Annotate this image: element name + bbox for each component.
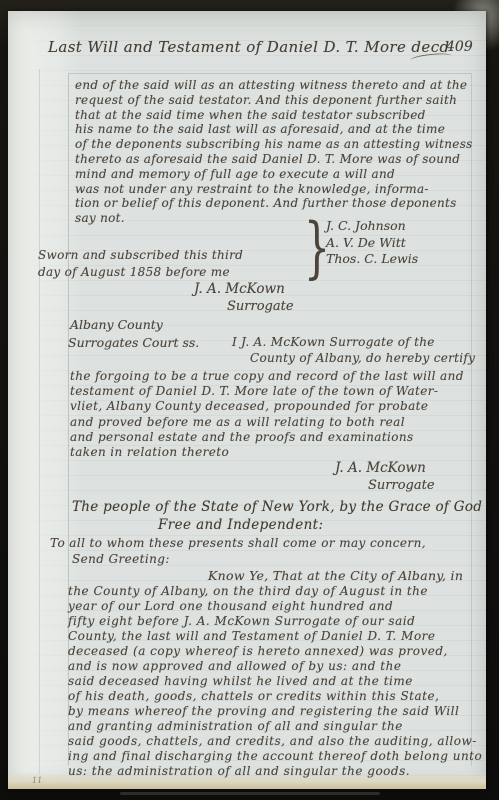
scanned-ledger-photo: Last Will and Testament of Daniel D. T. … (0, 0, 499, 800)
handwritten-line: by means whereof the proving and registe… (68, 704, 482, 719)
handwritten-line: said deceased having whilst he lived and… (68, 674, 482, 689)
letters-paragraph: the County of Albany, on the third day o… (68, 584, 482, 779)
handwritten-line: vliet, Albany County deceased, propounde… (70, 399, 464, 414)
letters-opening-indent: Know Ye, That at the City of Albany, in (208, 568, 463, 583)
photo-surface-streak (120, 792, 380, 795)
handwritten-line: and granting administration of all and s… (68, 719, 482, 734)
handwritten-line: end of the said will as an attesting wit… (75, 78, 473, 93)
certification-paragraph: the forgoing to be a true copy and recor… (70, 369, 464, 460)
witness-signatures: J. C. Johnson A. V. De Witt Thos. C. Lew… (326, 218, 418, 268)
letters-heading-line: The people of the State of New York, by … (72, 499, 482, 515)
ledger-page: Last Will and Testament of Daniel D. T. … (8, 11, 486, 789)
letters-heading-line: Free and Independent: (158, 517, 323, 533)
surrogate-signature: J. A. McKown (335, 460, 426, 476)
venue-county: Albany County (70, 317, 163, 332)
certification-opening-line: I J. A. McKown Surrogate of the (232, 335, 435, 349)
handwritten-line: was not under any restraint to the knowl… (75, 182, 473, 197)
handwritten-line: of the deponents subscribing his name as… (75, 137, 473, 152)
handwritten-line: his name to the said last will as afores… (75, 122, 473, 137)
witness-signature: Thos. C. Lewis (326, 251, 418, 268)
handwritten-line: testament of Daniel D. T. More late of t… (70, 384, 464, 399)
letters-salutation-line: Send Greeting: (72, 552, 170, 566)
surrogate-title: Surrogate (227, 299, 294, 314)
handwritten-line: taken in relation thereto (70, 445, 464, 460)
handwritten-line: deceased (a copy whereof is hereto annex… (68, 644, 482, 659)
pencil-page-mark: 11 (32, 776, 42, 785)
witness-signature: J. C. Johnson (326, 218, 418, 235)
handwritten-line: Sworn and subscribed this third (38, 247, 243, 264)
handwritten-line: said goods, chattels, and credits, and a… (68, 734, 482, 749)
handwritten-line: ing and final discharging the account th… (68, 749, 482, 764)
handwritten-line: request of the said testator. And this d… (75, 93, 473, 108)
venue-court: Surrogates Court ss. (68, 335, 199, 350)
page-crease (39, 69, 40, 775)
handwritten-line: the County of Albany, on the third day o… (68, 584, 482, 599)
handwritten-line: and personal estate and the proofs and e… (70, 430, 464, 445)
handwritten-line: County, the last will and Testament of D… (68, 629, 482, 644)
handwritten-line: tion or belief of this deponent. And fur… (75, 196, 473, 211)
handwritten-line: of his death, goods, chattels or credits… (68, 689, 482, 704)
handwritten-line: and proved before me as a will relating … (70, 415, 464, 430)
handwritten-line: us: the administration of all and singul… (68, 764, 482, 779)
surrogate-signature: J. A. McKown (194, 281, 285, 297)
handwritten-line: that at the said time when the said test… (75, 108, 473, 123)
surrogate-title: Surrogate (368, 478, 435, 493)
handwritten-line: fifty eight before J. A. McKown Surrogat… (68, 614, 482, 629)
handwritten-line: year of our Lord one thousand eight hund… (68, 599, 482, 614)
certification-opening-line: County of Albany, do hereby certify (250, 351, 475, 365)
record-title: Last Will and Testament of Daniel D. T. … (48, 38, 450, 56)
handwritten-line: mind and memory of full age to execute a… (75, 167, 473, 182)
deposition-paragraph: end of the said will as an attesting wit… (75, 78, 473, 226)
letters-salutation-line: To all to whom these presents shall come… (50, 536, 426, 550)
jurat-statement: Sworn and subscribed this third day of A… (38, 247, 243, 280)
handwritten-line: day of August 1858 before me (38, 264, 243, 281)
handwritten-line: and is now approved and allowed of by us… (68, 659, 482, 674)
witness-signature: A. V. De Witt (326, 235, 418, 252)
handwritten-line: thereto as aforesaid the said Daniel D. … (75, 152, 473, 167)
handwritten-line: the forgoing to be a true copy and recor… (70, 369, 464, 384)
page-number: 409 (446, 39, 473, 55)
